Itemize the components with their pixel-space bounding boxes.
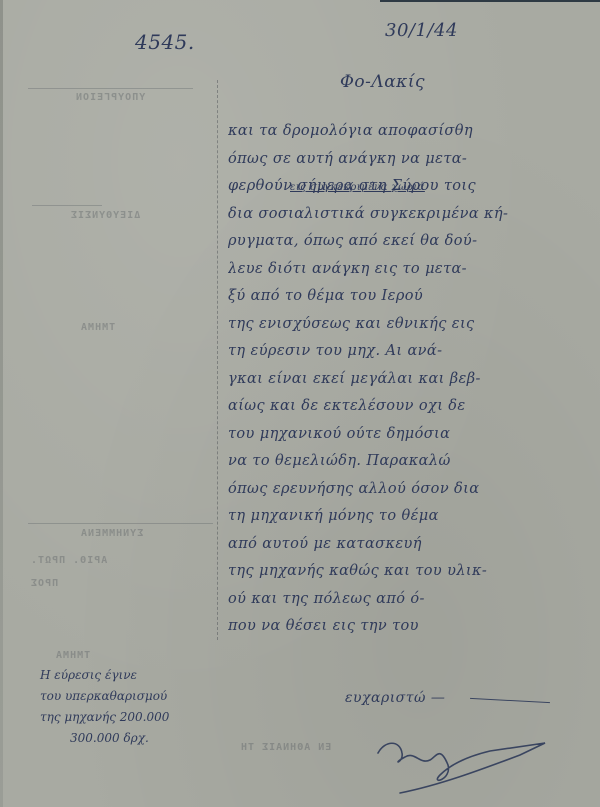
body-line: που να θέσει εις την του — [228, 613, 598, 641]
body-line: και τα δρομολόγια αποφασίσθη — [228, 118, 598, 146]
body-line: ξύ από το θέμα του Ιερού — [228, 283, 598, 311]
ghost-text: ΣΥΝΗΜΜΕΝΑ — [80, 528, 143, 539]
body-line: όπως σε αυτή ανάγκη να μετα- — [228, 146, 598, 174]
margin-note-line: της μηχανής 200.000 — [40, 707, 230, 728]
scan-edge-left — [0, 0, 3, 807]
letter-body: και τα δρομολόγια αποφασίσθη όπως σε αυτ… — [228, 118, 598, 641]
ghost-text: ΠΡΟΣ — [30, 578, 58, 589]
ghost-rule — [32, 205, 102, 206]
body-line: της ενισχύσεως και εθνικής εις — [228, 311, 598, 339]
body-line: ρυγματα, όπως από εκεί θα δού- — [228, 228, 598, 256]
closing: ευχαριστώ — — [345, 690, 445, 706]
reference-number: 4545. — [135, 30, 195, 54]
margin-note-line: 300.000 δρχ. — [40, 728, 230, 749]
signature — [370, 735, 560, 795]
body-line: από αυτού με κατασκευή — [228, 531, 598, 559]
body-line: του μηχανικού ούτε δημόσια — [228, 421, 598, 449]
salutation: Φο-Λακίς — [340, 72, 425, 92]
letter-date: 30/1/44 — [385, 20, 458, 41]
body-line: γκαι είναι εκεί μεγάλαι και βεβ- — [228, 366, 598, 394]
document-page: ΥΠΟΥΡΓΕΙΟΝ ΔΙΕΥΘΥΝΣΙΣ ΤΜΗΜΑ ΣΥΝΗΜΜΕΝΑ ΑΡ… — [0, 0, 600, 807]
ghost-rule — [28, 88, 193, 89]
scan-edge-top — [380, 0, 600, 2]
ghost-text: ΥΠΟΥΡΓΕΙΟΝ — [75, 92, 145, 103]
body-line: τη εύρεσιν του μηχ. Αι ανά- — [228, 338, 598, 366]
body-line: της μηχανής καθώς και του υλικ- — [228, 558, 598, 586]
body-line: ού και της πόλεως από ό- — [228, 586, 598, 614]
interlinear-insertion: εις συγκεκριμένα χωριά — [290, 182, 425, 193]
margin-note: Η εύρεσις έγινε του υπερκαθαρισμού της μ… — [40, 665, 230, 749]
body-line: όπως ερευνήσης αλλού όσον δια — [228, 476, 598, 504]
ghost-text: ΤΜΗΜΑ — [55, 650, 90, 661]
ghost-rule — [28, 523, 213, 524]
ghost-text: ΕΝ ΑΘΗΝΑΙΣ ΤΗ — [240, 742, 331, 753]
body-line: τη μηχανική μόνης το θέμα — [228, 503, 598, 531]
body-line: δια σοσιαλιστικά συγκεκριμένα κή- — [228, 201, 598, 229]
ghost-text: ΤΜΗΜΑ — [80, 322, 115, 333]
ghost-text: ΑΡΙΘ. ΠΡΩΤ. — [30, 555, 107, 566]
body-line: να το θεμελιώδη. Παρακαλώ — [228, 448, 598, 476]
fold-line — [217, 80, 219, 640]
body-line: αίως και δε εκτελέσουν οχι δε — [228, 393, 598, 421]
margin-note-line: Η εύρεσις έγινε — [40, 665, 230, 686]
closing-flourish — [470, 698, 550, 703]
body-line: λευε διότι ανάγκη εις το μετα- — [228, 256, 598, 284]
margin-note-line: του υπερκαθαρισμού — [40, 686, 230, 707]
ghost-text: ΔΙΕΥΘΥΝΣΙΣ — [70, 210, 140, 221]
